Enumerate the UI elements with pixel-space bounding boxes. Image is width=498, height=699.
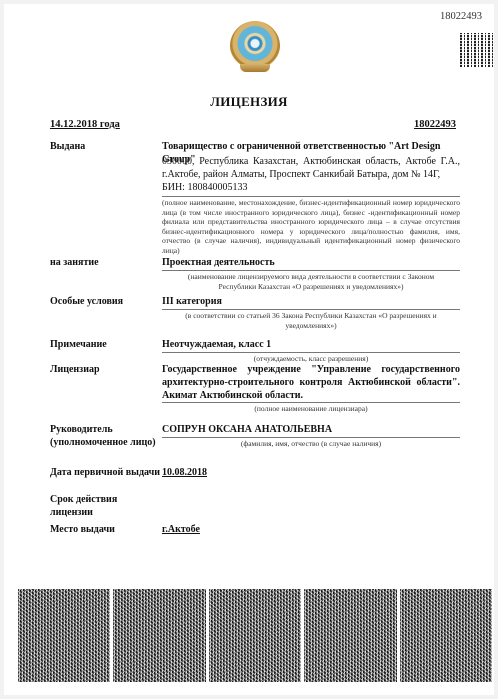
special-conditions-value: III категория — [162, 295, 460, 308]
special-conditions-label: Особые условия — [50, 295, 123, 308]
first-issue-date-label: Дата первичной выдачи — [50, 466, 160, 479]
document-number: 18022493 — [440, 11, 482, 22]
activity-value: Проектная деятельность — [162, 256, 460, 269]
divider — [162, 352, 460, 353]
issued-to-note: (полное наименование, местонахождение, б… — [162, 198, 460, 255]
divider — [162, 196, 460, 197]
validity-label-line2: лицензии — [50, 506, 117, 519]
issue-date: 14.12.2018 года — [50, 119, 120, 130]
licensor-label: Лицензиар — [50, 363, 100, 376]
barcode-icon — [113, 589, 205, 682]
issued-to-label: Выдана — [50, 140, 85, 153]
validity-label: Срок действия лицензии — [50, 493, 117, 519]
divider — [162, 437, 460, 438]
head-label-line2: (уполномоченное лицо) — [50, 436, 156, 449]
qr-code-icon — [460, 33, 494, 67]
barcode-icon — [400, 589, 492, 682]
barcode-icon — [18, 589, 110, 682]
licensor-value: Государственное учреждение "Управление г… — [162, 363, 460, 402]
barcode-icon — [209, 589, 301, 682]
licensor-note: (полное наименование лицензиара) — [162, 404, 460, 414]
place-of-issue-value: г.Актобе — [162, 523, 460, 536]
special-conditions-note: (в соответствии со статьей 36 Закона Рес… — [162, 311, 460, 330]
first-issue-date-value: 10.08.2018 — [162, 466, 460, 479]
head-value: СОПРУН ОКСАНА АНАТОЛЬЕВНА — [162, 423, 460, 436]
divider — [162, 402, 460, 403]
registration-number: 18022493 — [414, 119, 456, 130]
place-of-issue-label: Место выдачи — [50, 523, 115, 536]
state-emblem-base — [240, 64, 270, 72]
divider — [162, 270, 460, 271]
activity-note: (наименование лицензируемого вида деятел… — [162, 272, 460, 291]
head-label-line1: Руководитель — [50, 423, 156, 436]
remark-value: Неотчуждаемая, класс 1 — [162, 338, 460, 351]
head-note: (фамилия, имя, отчество (в случае наличи… — [162, 439, 460, 449]
divider — [162, 309, 460, 310]
issued-to-bin: БИН: 180840005133 — [162, 181, 460, 194]
head-label: Руководитель (уполномоченное лицо) — [50, 423, 156, 449]
license-document: 18022493 ЛИЦЕНЗИЯ 14.12.2018 года 180224… — [4, 4, 494, 695]
activity-label: на занятие — [50, 256, 99, 269]
document-title: ЛИЦЕНЗИЯ — [4, 94, 494, 110]
barcode-strip — [18, 589, 492, 682]
validity-label-line1: Срок действия — [50, 493, 117, 506]
barcode-icon — [304, 589, 396, 682]
remark-label: Примечание — [50, 338, 107, 351]
issued-to-address: 030000, Республика Казахстан, Актюбинска… — [162, 155, 460, 181]
